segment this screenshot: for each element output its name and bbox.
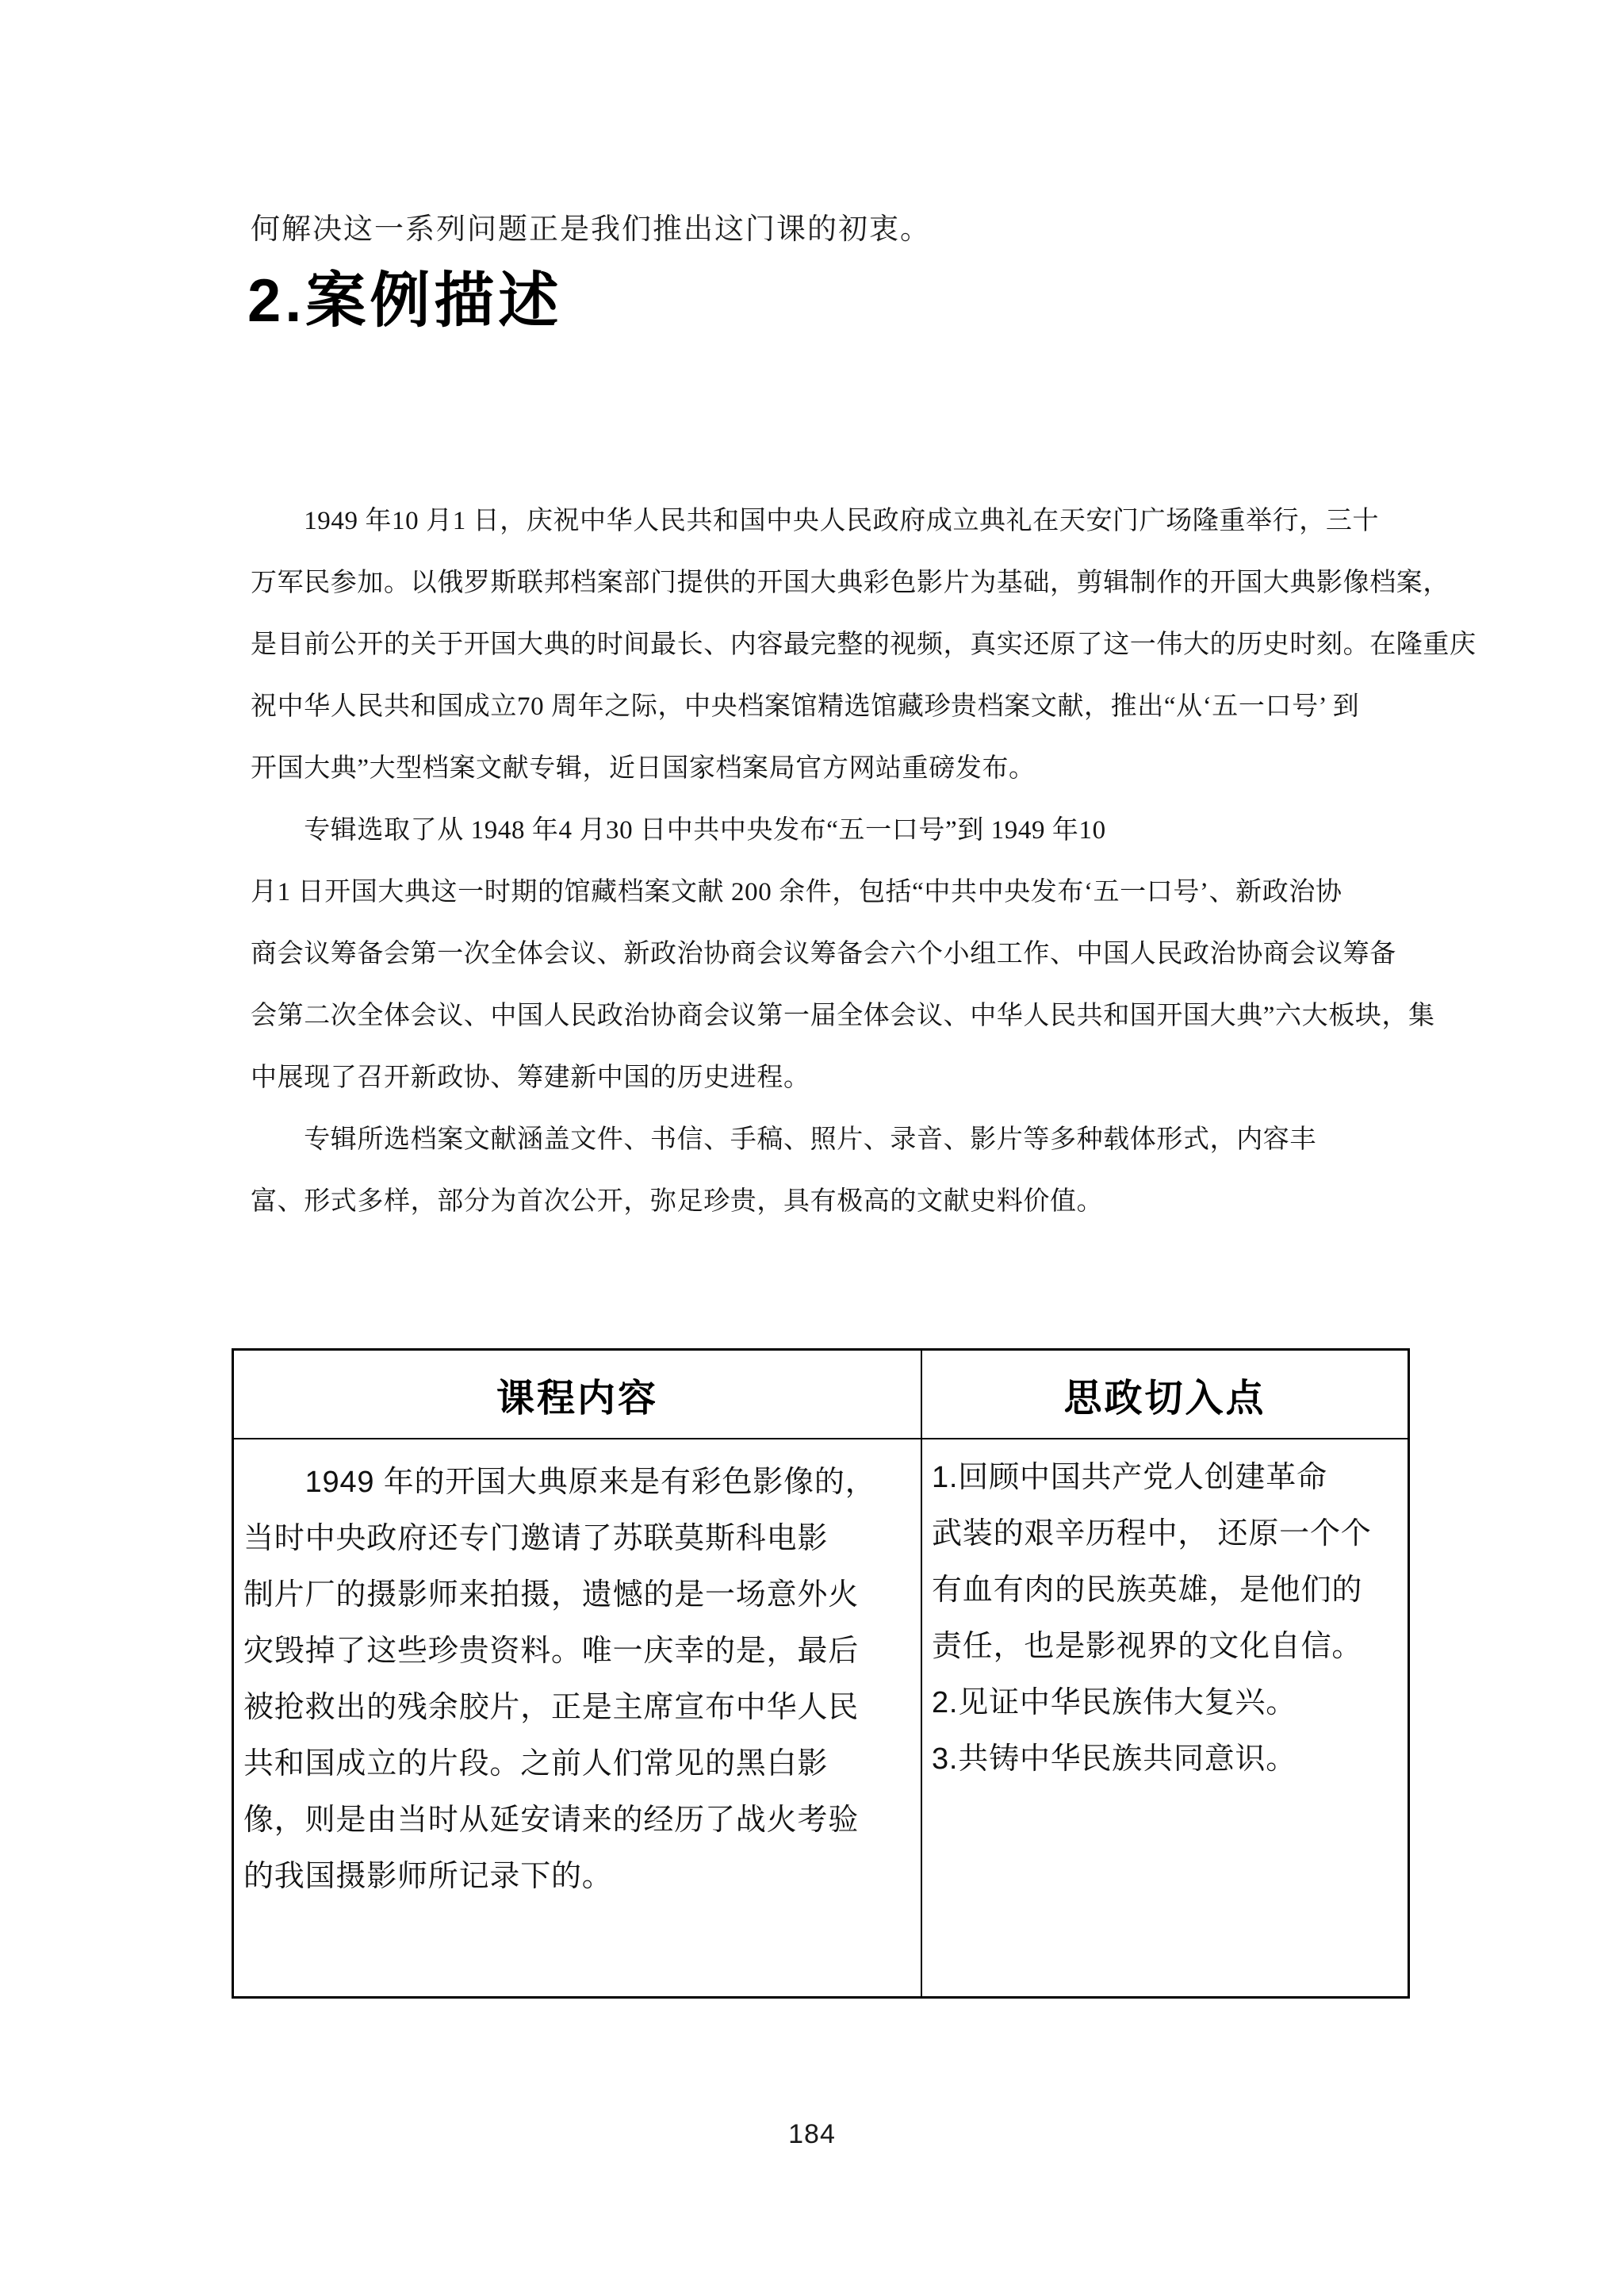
section-heading: 2.案例描述 — [247, 252, 562, 339]
ideology-point-line: 3.共铸中华民族共同意识。 — [932, 1734, 1403, 1790]
intro-paragraph-tail: 何解决这一系列问题正是我们推出这门课的初衷。 — [251, 205, 931, 247]
course-content-line: 1949 年的开国大典原来是有彩色影像的， — [243, 1457, 913, 1513]
paragraph-line: 1949 年10 月1 日，庆祝中华人民共和国中央人民政府成立典礼在天安门广场隆… — [251, 500, 1472, 562]
paragraph-line: 万军民参加。以俄罗斯联邦档案部门提供的开国大典彩色影片为基础，剪辑制作的开国大典… — [251, 562, 1472, 623]
ideology-point-line: 2.见证中华民族伟大复兴。 — [932, 1677, 1403, 1734]
document-page: 何解决这一系列问题正是我们推出这门课的初衷。 2.案例描述 1949 年10 月… — [0, 0, 1624, 2296]
course-content-line: 共和国成立的片段。之前人们常见的黑白影 — [243, 1738, 913, 1795]
table-body-row: 1949 年的开国大典原来是有彩色影像的，当时中央政府还专门邀请了苏联莫斯科电影… — [234, 1439, 1408, 1996]
course-content-line: 像，则是由当时从延安请来的经历了战火考验 — [243, 1795, 913, 1851]
table-header-row: 课程内容 思政切入点 — [234, 1351, 1408, 1439]
course-content-line: 当时中央政府还专门邀请了苏联莫斯科电影 — [243, 1513, 913, 1570]
paragraph-line: 月1 日开国大典这一时期的馆藏档案文献 200 余件，包括“中共中央发布‘五一口… — [251, 871, 1472, 933]
ideology-point-line: 责任，也是影视界的文化自信。 — [932, 1621, 1403, 1677]
page-number: 184 — [0, 2119, 1624, 2150]
course-content-line: 制片厂的摄影师来拍摄，遗憾的是一场意外火 — [243, 1570, 913, 1626]
ideology-point-line: 有血有肉的民族英雄，是他们的 — [932, 1565, 1403, 1621]
course-content-line: 被抢救出的残余胶片，正是主席宣布中华人民 — [243, 1682, 913, 1738]
paragraph-line: 是目前公开的关于开国大典的时间最长、内容最完整的视频，真实还原了这一伟大的历史时… — [251, 623, 1472, 685]
paragraph-line: 专辑选取了从 1948 年4 月30 日中共中央发布“五一口号”到 1949 年… — [251, 809, 1472, 871]
paragraph-line: 商会议筹备会第一次全体会议、新政治协商会议筹备会六个小组工作、中国人民政治协商会… — [251, 933, 1472, 995]
table-cell-course-content: 1949 年的开国大典原来是有彩色影像的，当时中央政府还专门邀请了苏联莫斯科电影… — [234, 1439, 922, 1996]
ideology-point-line: 武装的艰辛历程中， 还原一个个 — [932, 1508, 1403, 1565]
body-paragraphs: 1949 年10 月1 日，庆祝中华人民共和国中央人民政府成立典礼在天安门广场隆… — [251, 500, 1472, 1242]
course-content-line: 的我国摄影师所记录下的。 — [243, 1851, 913, 1907]
table-cell-ideology-points: 1.回顾中国共产党人创建革命武装的艰辛历程中， 还原一个个有血有肉的民族英雄，是… — [922, 1439, 1408, 1996]
paragraph-line: 会第二次全体会议、中国人民政治协商会议第一届全体会议、中华人民共和国开国大典”六… — [251, 995, 1472, 1056]
paragraph-line: 祝中华人民共和国成立70 周年之际，中央档案馆精选馆藏珍贵档案文献，推出“从‘五… — [251, 685, 1472, 747]
paragraph-line: 富、形式多样，部分为首次公开，弥足珍贵，具有极高的文献史料价值。 — [251, 1180, 1472, 1242]
ideology-point-line: 1.回顾中国共产党人创建革命 — [932, 1452, 1403, 1508]
table-header-course-content: 课程内容 — [234, 1351, 922, 1438]
paragraph-line: 开国大典”大型档案文献专辑，近日国家档案局官方网站重磅发布。 — [251, 747, 1472, 809]
paragraph-line: 专辑所选档案文献涵盖文件、书信、手稿、照片、录音、影片等多种载体形式，内容丰 — [251, 1118, 1472, 1180]
course-table: 课程内容 思政切入点 1949 年的开国大典原来是有彩色影像的，当时中央政府还专… — [232, 1348, 1410, 1999]
course-content-line: 灾毁掉了这些珍贵资料。唯一庆幸的是，最后 — [243, 1626, 913, 1682]
paragraph-line: 中展现了召开新政协、筹建新中国的历史进程。 — [251, 1056, 1472, 1118]
table-header-ideology-points: 思政切入点 — [922, 1351, 1408, 1438]
